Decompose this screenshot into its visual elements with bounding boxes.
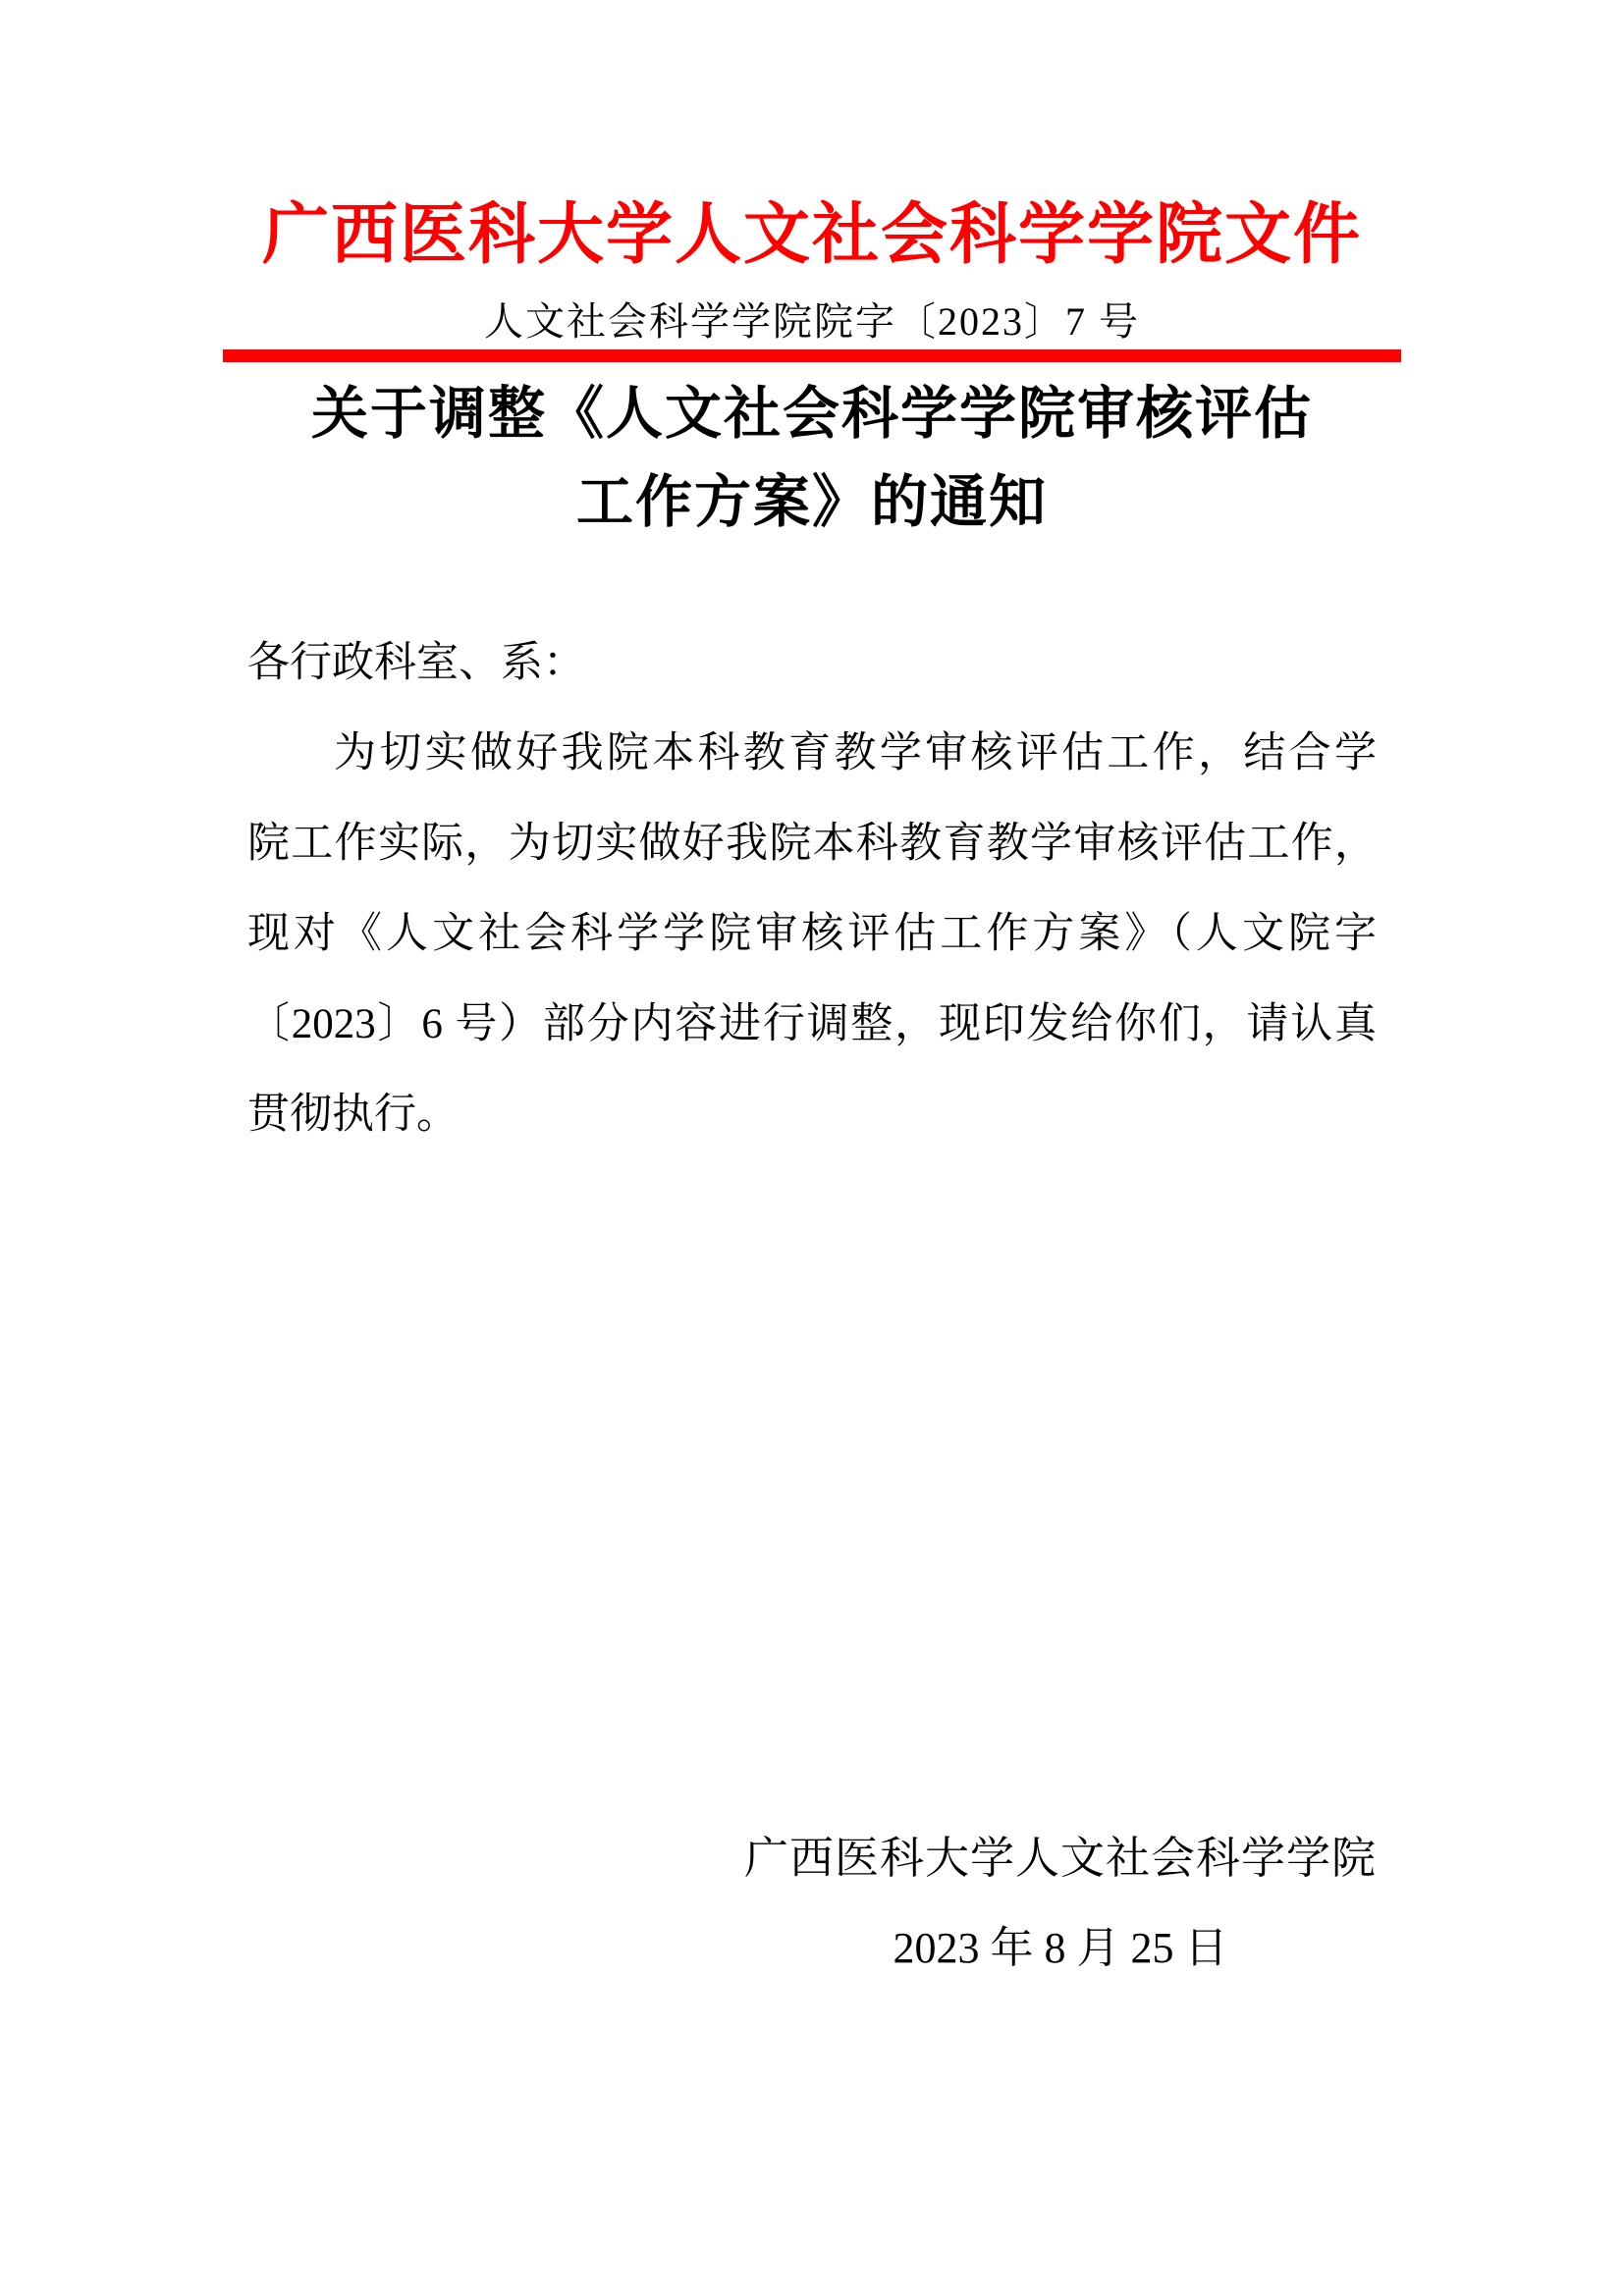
document-page: 广西医科大学人文社会科学学院文件 人文社会科学学院院字〔2023〕7 号 关于调…	[0, 0, 1624, 2296]
body-line: 院工作实际，为切实做好我院本科教育教学审核评估工作，	[247, 799, 1377, 889]
body-line: 贯彻执行。	[247, 1070, 1377, 1160]
signature-date: 2023 年 8 月 25 日	[744, 1903, 1377, 1994]
letterhead-title: 广西医科大学人文社会科学学院文件	[247, 196, 1377, 273]
document-body: 各行政科室、系： 为切实做好我院本科教育教学审核评估工作，结合学 院工作实际，为…	[247, 618, 1377, 1160]
notice-title: 关于调整《人文社会科学学院审核评估 工作方案》的通知	[247, 370, 1377, 547]
signature-org-name: 广西医科大学人文社会科学学院	[744, 1813, 1377, 1903]
body-line: 〔2023〕6 号）部分内容进行调整，现印发给你们，请认真	[247, 980, 1377, 1070]
notice-title-line-2: 工作方案》的通知	[247, 458, 1377, 547]
signature-block: 广西医科大学人文社会科学学院 2023 年 8 月 25 日	[744, 1813, 1377, 1994]
salutation: 各行政科室、系：	[247, 618, 1377, 709]
red-divider-line	[223, 349, 1401, 362]
document-number: 人文社会科学学院院字〔2023〕7 号	[247, 299, 1377, 345]
body-line: 为切实做好我院本科教育教学审核评估工作，结合学	[247, 709, 1377, 799]
body-line: 现对《人文社会科学学院审核评估工作方案》（人文院字	[247, 889, 1377, 980]
notice-title-line-1: 关于调整《人文社会科学学院审核评估	[247, 370, 1377, 458]
